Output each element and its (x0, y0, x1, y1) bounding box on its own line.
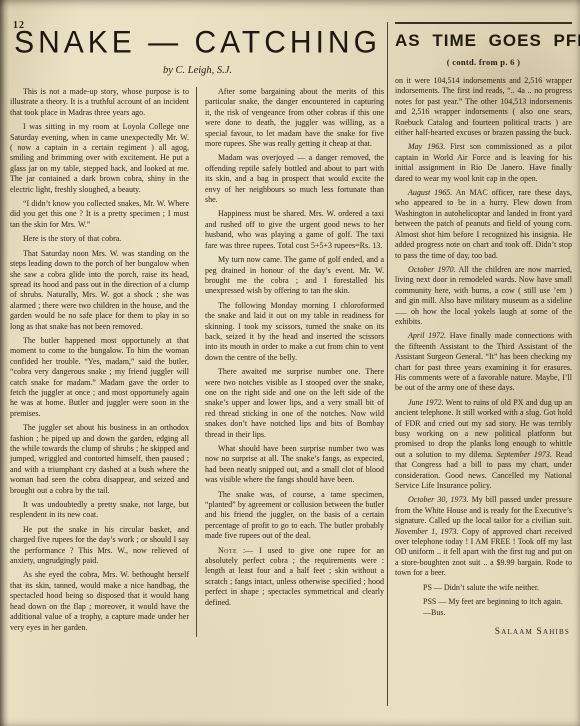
paragraph: Madam was overjoyed — a danger removed, … (205, 153, 384, 205)
diary-entry: October 30, 1973. My bill passed under p… (395, 495, 572, 578)
paragraph: After some bargaining about the merits o… (205, 87, 384, 149)
article-byline: by C. Leigh, S.J. (10, 65, 385, 76)
paragraph: on it were 104,514 indorsements and 2,51… (395, 76, 572, 138)
paragraph: It was undoubtedly a pretty snake, not l… (10, 500, 189, 521)
snake-catching-article: SNAKE — CATCHING by C. Leigh, S.J. This … (10, 26, 385, 637)
paragraph: Here is the story of that cobra. (10, 234, 189, 244)
article-columns: This is not a made-up story, whose purpo… (10, 87, 385, 637)
paragraph: The snake was, of course, a tame specime… (205, 490, 384, 542)
paragraph: As she eyed the cobra, Mrs. W. bethought… (10, 570, 189, 632)
diary-entry: October 1970. All the children are now m… (395, 265, 572, 327)
paragraph: The following Monday morning I chlorofor… (205, 301, 384, 363)
article-title: AS TIME GOES PFFT (395, 31, 572, 51)
diary-entry: May 1963. First son commissioned as a pi… (395, 142, 572, 184)
diary-entry: August 1965. An MAC officer, rare these … (395, 188, 572, 261)
continuation-note: ( contd. from p. 6 ) (395, 57, 572, 67)
paragraph: This is not a made-up story, whose purpo… (10, 87, 189, 118)
column-1: This is not a made-up story, whose purpo… (10, 87, 189, 637)
signoff: Salaam Sahibs (395, 627, 572, 637)
note-paragraph: Note :— I used to give one rupee for an … (205, 546, 384, 608)
column-divider-rule (387, 22, 388, 706)
ps-line: PS — Didn’t salute the wife neither. (395, 583, 572, 593)
column-2: After some bargaining about the merits o… (196, 87, 384, 637)
paragraph: The juggler set about his business in an… (10, 423, 189, 496)
diary-entry: April 1972. Have finally made connection… (395, 331, 572, 393)
paragraph: Happiness must be shared. Mrs. W. ordere… (205, 209, 384, 251)
paragraph: He put the snake in his circular basket,… (10, 525, 189, 567)
paragraph: “I didn’t know you collected snakes, Mr.… (10, 199, 189, 230)
paragraph: What should have been surprise number tw… (205, 444, 384, 486)
paragraph: I was sitting in my room at Loyola Colle… (10, 122, 189, 195)
article-title: SNAKE — CATCHING (10, 25, 385, 60)
diary-entry: June 1972. Went to ruins of old PX and d… (395, 398, 572, 492)
paragraph: There awaited me surprise number one. Th… (205, 367, 384, 440)
magazine-page: 12 SNAKE — CATCHING by C. Leigh, S.J. Th… (0, 0, 580, 726)
pss-line: PSS — My feet are beginning to itch agai… (395, 597, 572, 618)
paragraph: That Saturday noon Mrs. W. was standing … (10, 249, 189, 332)
paragraph: My turn now came. The game of golf ended… (205, 255, 384, 297)
as-time-goes-pfft-article: AS TIME GOES PFFT ( contd. from p. 6 ) o… (395, 22, 572, 637)
paragraph: The butler happened most opportunely at … (10, 336, 189, 419)
